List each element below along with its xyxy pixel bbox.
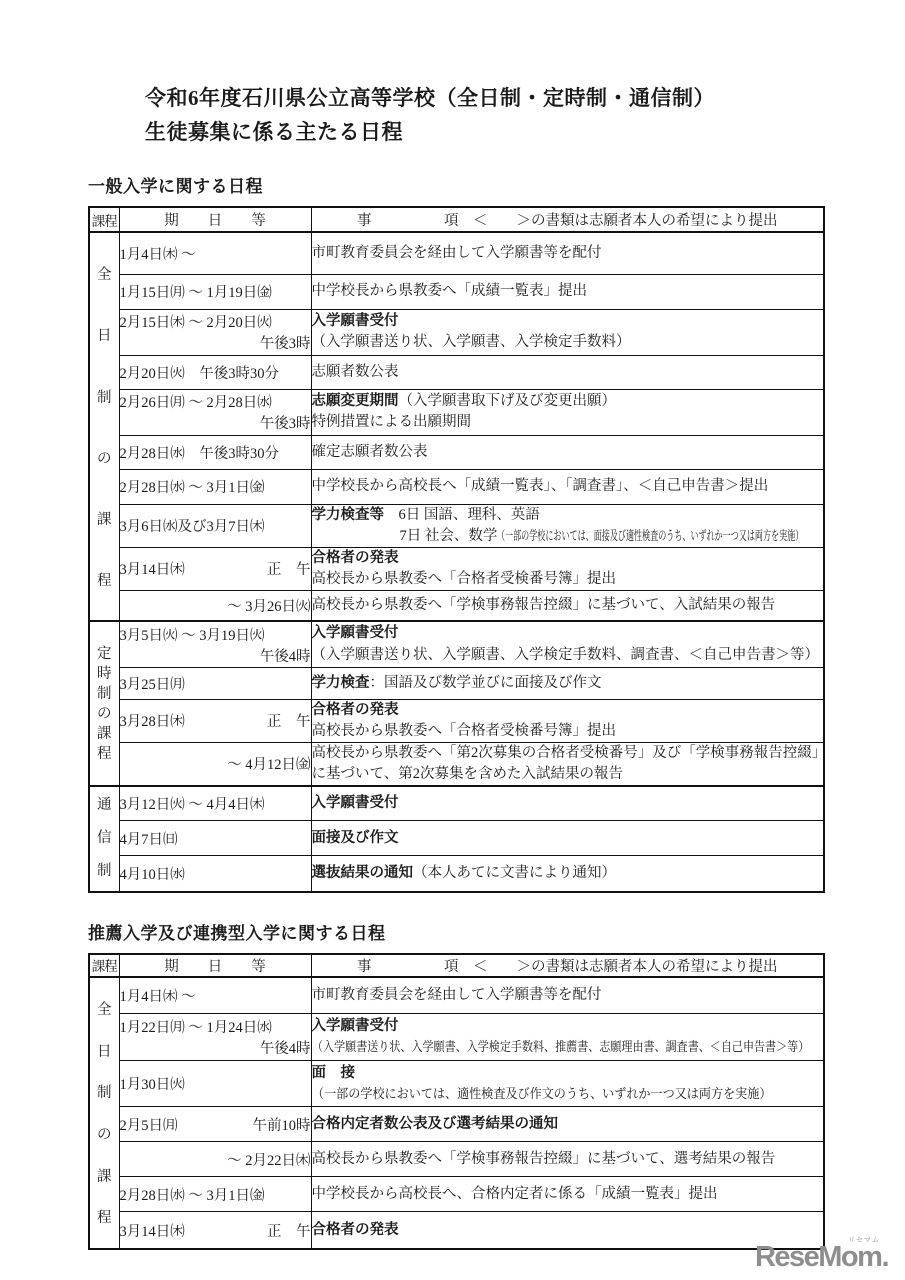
course-char: 課 bbox=[97, 1165, 112, 1186]
item-cell: 入学願書受付 bbox=[311, 786, 824, 821]
item-cell: 合格者の発表高校長から県教委へ「合格者受検番号簿」提出 bbox=[311, 547, 824, 590]
item-line: 高校長から県教委へ「第2次募集の合格者受検番号」及び「学検事務報告控綴」 bbox=[312, 743, 824, 764]
item-cell: 合格者の発表 bbox=[311, 1212, 824, 1249]
date-cell: 1月15日㈪ ～ 1月19日㈮ bbox=[119, 274, 311, 309]
date-text: 1月22日㈪ ～ 1月24日㈬ bbox=[120, 1016, 272, 1037]
date-cell: 3月28日㈭正 午 bbox=[119, 699, 311, 742]
date-cell: 3月14日㈭正 午 bbox=[119, 1212, 311, 1249]
date-text: 3月5日㈫ ～ 3月19日㈫ bbox=[120, 624, 265, 645]
text-segment: 確定志願者数公表 bbox=[312, 444, 428, 460]
table-header-row: 課程期 日 等事 項 ＜ ＞の書類は志願者本人の希望により提出 bbox=[89, 954, 824, 977]
course-char: 制 bbox=[97, 386, 112, 407]
course-char: 信 bbox=[97, 822, 112, 855]
date-text: 2月20日㈫ 午後3時30分 bbox=[120, 362, 280, 383]
item-cell: 高校長から県教委へ「第2次募集の合格者受検番号」及び「学検事務報告控綴」に基づい… bbox=[311, 742, 824, 786]
date-text: 3月14日㈭ bbox=[120, 1220, 185, 1241]
general-admission-schedule-table: 課程期 日 等事 項 ＜ ＞の書類は志願者本人の希望により提出全日制の課程1月4… bbox=[88, 206, 825, 893]
date-text: 1月4日㈭ ～ bbox=[120, 985, 196, 1006]
item-cell: 入学願書受付（入学願書送り状、入学願書、入学検定手数料、推薦書、志願理由書、調査… bbox=[311, 1014, 824, 1061]
table-row: 1月15日㈪ ～ 1月19日㈮中学校長から県教委へ「成績一覧表」提出 bbox=[89, 274, 824, 309]
text-segment: （一部の学校においては、適性検査及び作文のうち、いずれか一つ又は両方を実施） bbox=[312, 1085, 771, 1104]
text-segment: （入学願書送り状、入学願書、入学検定手数料） bbox=[312, 334, 631, 350]
date-cell: 3月25日㈪ bbox=[119, 667, 311, 699]
course-char: 制 bbox=[97, 1081, 112, 1102]
course-vertical-label: 全日制の課程 bbox=[90, 233, 119, 620]
document-title: 令和6年度石川県公立高等学校（全日制・定時制・通信制） 生徒募集に係る主たる日程 bbox=[0, 0, 905, 149]
date-cell: 4月7日㈰ bbox=[119, 821, 311, 856]
course-char: 課 bbox=[97, 508, 112, 529]
date-line: 2月28日㈬ 午後3時30分 bbox=[120, 442, 311, 463]
text-segment: 合格者の発表 bbox=[312, 550, 399, 566]
item-line: 中学校長から高校長へ、合格内定者に係る「成績一覧表」提出 bbox=[312, 1184, 824, 1205]
item-cell: 高校長から県教委へ「学検事務報告控綴」に基づいて、入試結果の報告 bbox=[311, 590, 824, 621]
item-cell: 中学校長から県教委へ「成績一覧表」提出 bbox=[311, 274, 824, 309]
course-char: の bbox=[97, 704, 112, 724]
course-char: 日 bbox=[97, 324, 112, 345]
item-cell: 志願者数公表 bbox=[311, 355, 824, 389]
course-char: の bbox=[97, 1123, 112, 1144]
course-char: 通 bbox=[97, 789, 112, 822]
course-cell: 定時制の課程 bbox=[89, 621, 119, 786]
item-line: （入学願書送り状、入学願書、入学検定手数料） bbox=[312, 332, 824, 353]
text-segment: 高校長から県教委へ「合格者受検番号簿」提出 bbox=[312, 723, 617, 739]
item-cell: 合格内定者数公表及び選考結果の通知 bbox=[311, 1107, 824, 1142]
item-cell: 学力検査等 6日 国語、理科、英語7日 社会、数学（一部の学校においては、面接及… bbox=[311, 504, 824, 547]
date-cell: 3月12日㈫ ～ 4月4日㈭ bbox=[119, 786, 311, 821]
course-cell: 全日制の課程 bbox=[89, 232, 119, 621]
table-row: 4月10日㈬選抜結果の通知（本人あてに文書により通知） bbox=[89, 856, 824, 892]
date-line: 3月14日㈭正 午 bbox=[120, 558, 311, 579]
text-segment: （入学願書取下げ及び変更出願） bbox=[399, 393, 617, 409]
text-segment: 学力検査 bbox=[312, 675, 370, 691]
item-line: 確定志願者数公表 bbox=[312, 442, 824, 463]
item-line: 中学校長から高校長へ「成績一覧表」、「調査書」、＜自己申告書＞提出 bbox=[312, 476, 824, 497]
item-line: 市町教育委員会を経由して入学願書等を配付 bbox=[312, 243, 824, 264]
item-line: 面 接 bbox=[312, 1063, 824, 1084]
table-row: 2月15日㈭ ～ 2月20日㈫午後3時入学願書受付（入学願書送り状、入学願書、入… bbox=[89, 309, 824, 355]
table-header-row: 課程期 日 等事 項 ＜ ＞の書類は志願者本人の希望により提出 bbox=[89, 207, 824, 232]
text-segment: ：国語及び数学並びに面接及び作文 bbox=[370, 675, 602, 691]
date-line: 3月14日㈭正 午 bbox=[120, 1220, 311, 1241]
text-segment: （入学願書送り状、入学願書、入学検定手数料、調査書、＜自己申告書＞等） bbox=[312, 647, 820, 663]
date-line: 2月26日㈪ ～ 2月28日㈬ bbox=[120, 391, 311, 412]
table-row: 3月6日㈬及び3月7日㈭学力検査等 6日 国語、理科、英語7日 社会、数学（一部… bbox=[89, 504, 824, 547]
date-cell: 1月4日㈭ ～ bbox=[119, 232, 311, 274]
item-cell: 学力検査：国語及び数学並びに面接及び作文 bbox=[311, 667, 824, 699]
item-line: 中学校長から県教委へ「成績一覧表」提出 bbox=[312, 281, 824, 302]
table-row: 2月28日㈬ ～ 3月1日㈮中学校長から高校長へ、合格内定者に係る「成績一覧表」… bbox=[89, 1177, 824, 1212]
date-cell: 3月14日㈭正 午 bbox=[119, 547, 311, 590]
text-segment: 合格者の発表 bbox=[312, 702, 399, 718]
item-line: 入学願書受付 bbox=[312, 1016, 824, 1037]
date-cell: 3月6日㈬及び3月7日㈭ bbox=[119, 504, 311, 547]
date-time-text: 正 午 bbox=[267, 1220, 311, 1241]
date-line: 3月5日㈫ ～ 3月19日㈫ bbox=[120, 624, 311, 645]
date-line: 1月4日㈭ ～ bbox=[120, 243, 311, 264]
text-segment: 志願変更期間 bbox=[312, 393, 399, 409]
date-text: 4月10日㈬ bbox=[120, 863, 185, 884]
item-cell: 入学願書受付（入学願書送り状、入学願書、入学検定手数料、調査書、＜自己申告書＞等… bbox=[311, 621, 824, 667]
date-text: 2月28日㈬ 午後3時30分 bbox=[120, 442, 280, 463]
text-segment: 面 接 bbox=[312, 1065, 356, 1081]
item-line: 志願変更期間（入学願書取下げ及び変更出願） bbox=[312, 391, 824, 412]
header-date: 期 日 等 bbox=[119, 207, 311, 232]
date-time-text: 正 午 bbox=[267, 710, 311, 731]
header-item: 事 項 ＜ ＞の書類は志願者本人の希望により提出 bbox=[311, 207, 824, 232]
item-line: 入学願書受付 bbox=[312, 623, 824, 644]
date-line: 2月20日㈫ 午後3時30分 bbox=[120, 362, 311, 383]
item-cell: 選抜結果の通知（本人あてに文書により通知） bbox=[311, 856, 824, 892]
item-cell: 志願変更期間（入学願書取下げ及び変更出願）特例措置による出願期間 bbox=[311, 389, 824, 435]
text-segment: （一部の学校においては、面接及び適性検査のうち、いずれか一つ又は両方を実施） bbox=[497, 527, 803, 546]
date-text: 3月6日㈬及び3月7日㈭ bbox=[120, 515, 265, 536]
text-segment: 選抜結果の通知 bbox=[312, 865, 414, 881]
date-line: 3月6日㈬及び3月7日㈭ bbox=[120, 515, 311, 536]
date-cell: 2月28日㈬ ～ 3月1日㈮ bbox=[119, 1177, 311, 1212]
table-row: 3月14日㈭正 午合格者の発表 bbox=[89, 1212, 824, 1249]
resemom-logo-text: ReseMom. bbox=[755, 1241, 888, 1273]
text-segment: 特例措置による出願期間 bbox=[312, 414, 472, 430]
header-course: 課程 bbox=[89, 207, 119, 232]
date-line: 4月7日㈰ bbox=[120, 828, 311, 849]
table-row: ～ 2月22日㈭高校長から県教委へ「学検事務報告控綴」に基づいて、選考結果の報告 bbox=[89, 1142, 824, 1177]
course-char: の bbox=[97, 447, 112, 468]
table-row: 2月28日㈬ ～ 3月1日㈮中学校長から高校長へ「成績一覧表」、「調査書」、＜自… bbox=[89, 469, 824, 504]
text-segment: 志願者数公表 bbox=[312, 364, 399, 380]
header-item: 事 項 ＜ ＞の書類は志願者本人の希望により提出 bbox=[311, 954, 824, 977]
date-text: 1月4日㈭ ～ bbox=[120, 243, 196, 264]
resemom-logo-dot: . bbox=[881, 1241, 888, 1273]
item-line: 合格者の発表 bbox=[312, 548, 824, 569]
item-line: 学力検査等 6日 国語、理科、英語 bbox=[312, 505, 824, 526]
text-segment: 入学願書受付 bbox=[312, 1018, 399, 1034]
course-vertical-label: 通信制 bbox=[90, 787, 119, 891]
item-cell: 中学校長から高校長へ「成績一覧表」、「調査書」、＜自己申告書＞提出 bbox=[311, 469, 824, 504]
date-cell: 1月30日㈫ bbox=[119, 1061, 311, 1107]
header-date: 期 日 等 bbox=[119, 954, 311, 977]
date-cell: ～ 3月26日㈫ bbox=[119, 590, 311, 621]
table-row: 3月14日㈭正 午合格者の発表高校長から県教委へ「合格者受検番号簿」提出 bbox=[89, 547, 824, 590]
item-cell: 中学校長から高校長へ、合格内定者に係る「成績一覧表」提出 bbox=[311, 1177, 824, 1212]
item-line: （一部の学校においては、適性検査及び作文のうち、いずれか一つ又は両方を実施） bbox=[312, 1084, 824, 1105]
date-text: 2月28日㈬ ～ 3月1日㈮ bbox=[120, 476, 265, 497]
date-cell: 2月26日㈪ ～ 2月28日㈬午後3時 bbox=[119, 389, 311, 435]
date-line: 2月28日㈬ ～ 3月1日㈮ bbox=[120, 1184, 311, 1205]
table-row: 2月20日㈫ 午後3時30分志願者数公表 bbox=[89, 355, 824, 389]
date-cell: 2月5日㈪午前10時 bbox=[119, 1107, 311, 1142]
date-text: 1月15日㈪ ～ 1月19日㈮ bbox=[120, 281, 272, 302]
course-char: 程 bbox=[97, 569, 112, 590]
resemom-logo: リセマム ReseMom. bbox=[755, 1235, 888, 1272]
date-cell: 3月5日㈫ ～ 3月19日㈫午後4時 bbox=[119, 621, 311, 667]
text-segment: 高校長から県教委へ「学検事務報告控綴」に基づいて、入試結果の報告 bbox=[312, 597, 776, 613]
date-cell: 2月28日㈬ ～ 3月1日㈮ bbox=[119, 469, 311, 504]
date-cell: 2月15日㈭ ～ 2月20日㈫午後3時 bbox=[119, 309, 311, 355]
date-line: 1月22日㈪ ～ 1月24日㈬ bbox=[120, 1016, 311, 1037]
text-segment: （入学願書送り状、入学願書、入学検定手数料、推薦書、志願理由書、調査書、＜自己申… bbox=[312, 1038, 809, 1057]
course-char: 定 bbox=[97, 644, 112, 664]
course-char: 全 bbox=[97, 998, 112, 1019]
date-line: ～ 4月12日㈮ bbox=[120, 753, 311, 774]
date-time-line: 午後4時 bbox=[120, 645, 311, 666]
section-heading-recommendation-admission: 推薦入学及び連携型入学に関する日程 bbox=[0, 919, 905, 944]
text-segment: 中学校長から県教委へ「成績一覧表」提出 bbox=[312, 283, 588, 299]
text-segment: 高校長から県教委へ「合格者受検番号簿」提出 bbox=[312, 571, 617, 587]
item-line: 面接及び作文 bbox=[312, 828, 824, 849]
date-text: 4月7日㈰ bbox=[120, 828, 178, 849]
table-row: 4月7日㈰面接及び作文 bbox=[89, 821, 824, 856]
date-text: 3月12日㈫ ～ 4月4日㈭ bbox=[120, 793, 265, 814]
table-row: 2月5日㈪午前10時合格内定者数公表及び選考結果の通知 bbox=[89, 1107, 824, 1142]
date-cell: 1月22日㈪ ～ 1月24日㈬午後4時 bbox=[119, 1014, 311, 1061]
item-line: 高校長から県教委へ「合格者受検番号簿」提出 bbox=[312, 569, 824, 590]
date-text: 3月25日㈪ bbox=[120, 673, 185, 694]
item-line: 学力検査：国語及び数学並びに面接及び作文 bbox=[312, 673, 824, 694]
date-time-line: 午後3時 bbox=[120, 412, 311, 433]
date-text: 1月30日㈫ bbox=[120, 1073, 185, 1094]
table-row: ～ 3月26日㈫高校長から県教委へ「学検事務報告控綴」に基づいて、入試結果の報告 bbox=[89, 590, 824, 621]
title-line-2: 生徒募集に係る主たる日程 bbox=[145, 120, 403, 144]
date-cell: ～ 2月22日㈭ bbox=[119, 1142, 311, 1177]
item-cell: 面 接（一部の学校においては、適性検査及び作文のうち、いずれか一つ又は両方を実施… bbox=[311, 1061, 824, 1107]
item-line: 合格者の発表 bbox=[312, 1220, 824, 1241]
date-cell: 1月4日㈭ ～ bbox=[119, 977, 311, 1014]
course-char: 全 bbox=[97, 263, 112, 284]
text-segment: 高校長から県教委へ「第2次募集の合格者受検番号」及び「学検事務報告控綴」 bbox=[312, 745, 827, 761]
date-text: 2月28日㈬ ～ 3月1日㈮ bbox=[120, 1184, 265, 1205]
date-cell: 4月10日㈬ bbox=[119, 856, 311, 892]
table-row: 定時制の課程3月5日㈫ ～ 3月19日㈫午後4時入学願書受付（入学願書送り状、入… bbox=[89, 621, 824, 667]
table-row: 2月26日㈪ ～ 2月28日㈬午後3時志願変更期間（入学願書取下げ及び変更出願）… bbox=[89, 389, 824, 435]
text-segment: 入学願書受付 bbox=[312, 313, 399, 329]
item-cell: 高校長から県教委へ「学検事務報告控綴」に基づいて、選考結果の報告 bbox=[311, 1142, 824, 1177]
table-row: 通信制3月12日㈫ ～ 4月4日㈭入学願書受付 bbox=[89, 786, 824, 821]
course-cell: 全日制の課程 bbox=[89, 977, 119, 1249]
text-segment: 面接及び作文 bbox=[312, 830, 399, 846]
text-segment: 合格内定者数公表及び選考結果の通知 bbox=[312, 1116, 559, 1132]
item-cell: 面接及び作文 bbox=[311, 821, 824, 856]
recommendation-admission-schedule-table: 課程期 日 等事 項 ＜ ＞の書類は志願者本人の希望により提出全日制の課程1月4… bbox=[88, 953, 825, 1250]
course-char: 程 bbox=[97, 744, 112, 764]
text-segment: 中学校長から高校長へ、合格内定者に係る「成績一覧表」提出 bbox=[312, 1186, 718, 1202]
item-line: 高校長から県教委へ「学検事務報告控綴」に基づいて、選考結果の報告 bbox=[312, 1149, 824, 1170]
item-line: 7日 社会、数学（一部の学校においては、面接及び適性検査のうち、いずれか一つ又は… bbox=[312, 526, 824, 547]
table-row: 全日制の課程1月4日㈭ ～市町教育委員会を経由して入学願書等を配付 bbox=[89, 232, 824, 274]
date-line: 3月28日㈭正 午 bbox=[120, 710, 311, 731]
date-line: ～ 3月26日㈫ bbox=[120, 595, 311, 616]
course-char: 制 bbox=[97, 855, 112, 888]
date-line: 1月30日㈫ bbox=[120, 1073, 311, 1094]
date-time-line: 午後4時 bbox=[120, 1037, 311, 1058]
date-text: 3月14日㈭ bbox=[120, 558, 185, 579]
date-time-line: 午後3時 bbox=[120, 332, 311, 353]
item-line: 市町教育委員会を経由して入学願書等を配付 bbox=[312, 985, 824, 1006]
date-text: 2月15日㈭ ～ 2月20日㈫ bbox=[120, 311, 272, 332]
text-segment: 市町教育委員会を経由して入学願書等を配付 bbox=[312, 987, 602, 1003]
text-segment: 高校長から県教委へ「学検事務報告控綴」に基づいて、選考結果の報告 bbox=[312, 1151, 776, 1167]
item-line: 特例措置による出願期間 bbox=[312, 412, 824, 433]
table-row: 2月28日㈬ 午後3時30分確定志願者数公表 bbox=[89, 435, 824, 469]
item-line: 入学願書受付 bbox=[312, 793, 824, 814]
item-cell: 市町教育委員会を経由して入学願書等を配付 bbox=[311, 977, 824, 1014]
item-line: 高校長から県教委へ「合格者受検番号簿」提出 bbox=[312, 721, 824, 742]
date-line: 3月25日㈪ bbox=[120, 673, 311, 694]
course-cell: 通信制 bbox=[89, 786, 119, 892]
date-text: 2月26日㈪ ～ 2月28日㈬ bbox=[120, 391, 272, 412]
item-cell: 入学願書受付（入学願書送り状、入学願書、入学検定手数料） bbox=[311, 309, 824, 355]
text-segment: 市町教育委員会を経由して入学願書等を配付 bbox=[312, 245, 602, 261]
date-line: 2月5日㈪午前10時 bbox=[120, 1114, 311, 1135]
date-line: 2月28日㈬ ～ 3月1日㈮ bbox=[120, 476, 311, 497]
course-char: 課 bbox=[97, 724, 112, 744]
item-line: （入学願書送り状、入学願書、入学検定手数料、調査書、＜自己申告書＞等） bbox=[312, 645, 824, 666]
date-time-text: 午前10時 bbox=[253, 1114, 311, 1135]
date-cell: 2月28日㈬ 午後3時30分 bbox=[119, 435, 311, 469]
text-segment: に基づいて、第2次募集を含めた入試結果の報告 bbox=[312, 766, 623, 782]
text-segment: 合格者の発表 bbox=[312, 1222, 399, 1238]
section-heading-general-admission: 一般入学に関する日程 bbox=[0, 172, 905, 197]
text-segment: 入学願書受付 bbox=[312, 625, 399, 641]
course-vertical-label: 定時制の課程 bbox=[90, 622, 119, 785]
document-page: { "page": { "title_line1": "令和6年度石川県公立高等… bbox=[0, 0, 905, 1280]
course-char: 程 bbox=[97, 1206, 112, 1227]
date-time-text: ～ 2月22日㈭ bbox=[227, 1149, 310, 1170]
date-line: ～ 2月22日㈭ bbox=[120, 1149, 311, 1170]
table-row: ～ 4月12日㈮高校長から県教委へ「第2次募集の合格者受検番号」及び「学検事務報… bbox=[89, 742, 824, 786]
date-line: 3月12日㈫ ～ 4月4日㈭ bbox=[120, 793, 311, 814]
text-segment: 7日 社会、数学 bbox=[400, 528, 498, 544]
table-row: 全日制の課程1月4日㈭ ～市町教育委員会を経由して入学願書等を配付 bbox=[89, 977, 824, 1014]
item-cell: 合格者の発表高校長から県教委へ「合格者受検番号簿」提出 bbox=[311, 699, 824, 742]
item-line: 選抜結果の通知（本人あてに文書により通知） bbox=[312, 863, 824, 884]
text-segment: 学力検査等 bbox=[312, 507, 385, 523]
table-row: 3月25日㈪学力検査：国語及び数学並びに面接及び作文 bbox=[89, 667, 824, 699]
course-char: 制 bbox=[97, 684, 112, 704]
date-cell: ～ 4月12日㈮ bbox=[119, 742, 311, 786]
table-row: 3月28日㈭正 午合格者の発表高校長から県教委へ「合格者受検番号簿」提出 bbox=[89, 699, 824, 742]
text-segment: 6日 国語、理科、英語 bbox=[384, 507, 540, 523]
header-course: 課程 bbox=[89, 954, 119, 977]
date-cell: 2月20日㈫ 午後3時30分 bbox=[119, 355, 311, 389]
date-line: 2月15日㈭ ～ 2月20日㈫ bbox=[120, 311, 311, 332]
title-line-1: 令和6年度石川県公立高等学校（全日制・定時制・通信制） bbox=[145, 86, 715, 110]
date-time-text: 正 午 bbox=[267, 558, 311, 579]
table-row: 1月22日㈪ ～ 1月24日㈬午後4時入学願書受付（入学願書送り状、入学願書、入… bbox=[89, 1014, 824, 1061]
table-row: 1月30日㈫面 接（一部の学校においては、適性検査及び作文のうち、いずれか一つ又… bbox=[89, 1061, 824, 1107]
item-line: 入学願書受付 bbox=[312, 311, 824, 332]
date-line: 4月10日㈬ bbox=[120, 863, 311, 884]
date-time-text: ～ 3月26日㈫ bbox=[227, 595, 310, 616]
item-line: （入学願書送り状、入学願書、入学検定手数料、推薦書、志願理由書、調査書、＜自己申… bbox=[312, 1037, 824, 1058]
course-char: 日 bbox=[97, 1040, 112, 1061]
item-cell: 市町教育委員会を経由して入学願書等を配付 bbox=[311, 232, 824, 274]
course-vertical-label: 全日制の課程 bbox=[90, 978, 119, 1248]
date-text: 2月5日㈪ bbox=[120, 1114, 178, 1135]
item-line: に基づいて、第2次募集を含めた入試結果の報告 bbox=[312, 764, 824, 785]
item-cell: 確定志願者数公表 bbox=[311, 435, 824, 469]
course-char: 時 bbox=[97, 664, 112, 684]
date-time-text: ～ 4月12日㈮ bbox=[227, 753, 310, 774]
text-segment: （本人あてに文書により通知） bbox=[413, 865, 616, 881]
item-line: 高校長から県教委へ「学検事務報告控綴」に基づいて、入試結果の報告 bbox=[312, 595, 824, 616]
item-line: 志願者数公表 bbox=[312, 362, 824, 383]
text-segment: 入学願書受付 bbox=[312, 795, 399, 811]
item-line: 合格内定者数公表及び選考結果の通知 bbox=[312, 1114, 824, 1135]
text-segment: 中学校長から高校長へ「成績一覧表」、「調査書」、＜自己申告書＞提出 bbox=[312, 478, 769, 494]
date-line: 1月15日㈪ ～ 1月19日㈮ bbox=[120, 281, 311, 302]
date-line: 1月4日㈭ ～ bbox=[120, 985, 311, 1006]
date-text: 3月28日㈭ bbox=[120, 710, 185, 731]
item-line: 合格者の発表 bbox=[312, 700, 824, 721]
